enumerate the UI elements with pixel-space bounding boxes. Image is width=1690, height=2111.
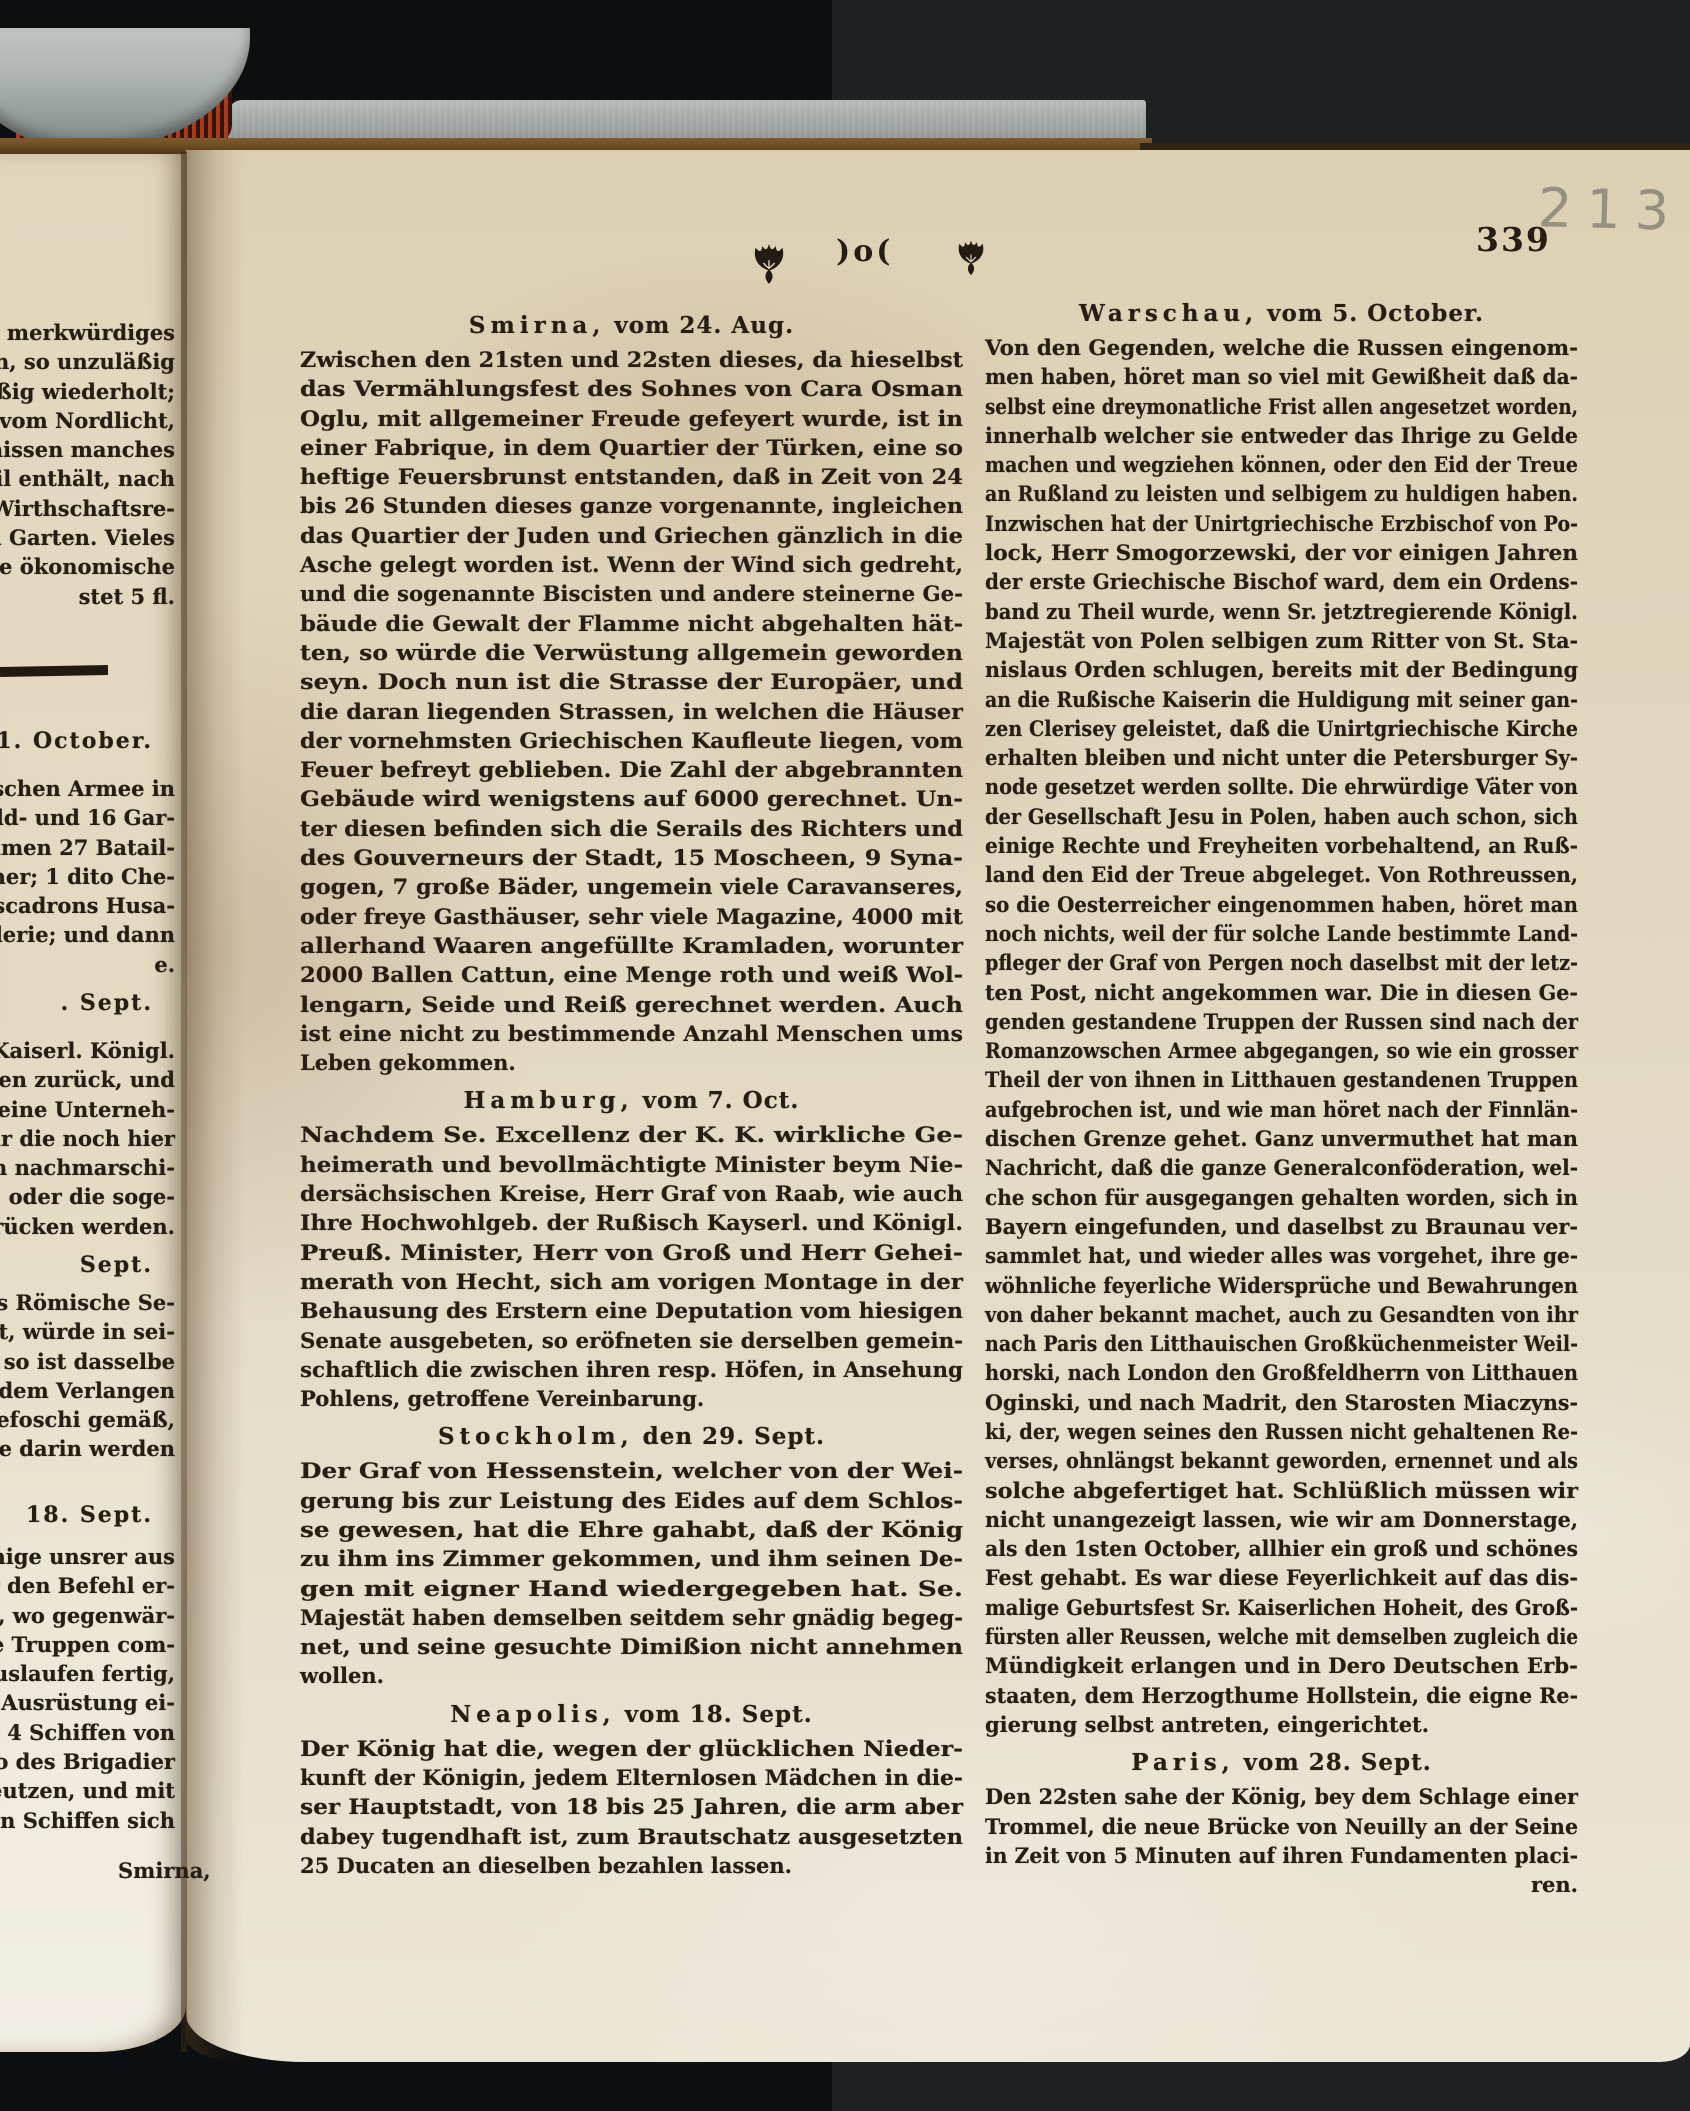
text-line: der vornehmsten Griechischen Kaufleute l… [300,726,963,755]
text-line: ten, so würde die Verwüstung allgemein g… [300,638,963,667]
text-line: Majestät haben demselben seitdem sehr gn… [300,1603,963,1632]
text-line: dischen Grenze gehet. Ganz unvermuthet h… [985,1124,1578,1153]
text-line: dersächsischen Kreise, Herr Graf von Raa… [300,1179,963,1208]
text-line: das Römische Se- [0,1288,175,1317]
text-line: gogen, 7 große Bäder, ungemein viele Car… [300,872,963,901]
text-line: Nachdem Se. Excellenz der K. K. wirklich… [300,1120,963,1149]
text-line: zen Clerisey geleistet, daß die Unirtgri… [985,714,1578,743]
text-line: men haben, höret man so viel mit Gewißhe… [985,362,1578,391]
text-line: ist eine nicht zu bestimmende Anzahl Men… [300,1019,963,1048]
text-line: e Theil enthält, nach [0,464,175,493]
text-line: 25 Ducaten an dieselben bezahlen lassen. [300,1851,963,1880]
text-line: noch nichts, weil der für solche Lande b… [985,919,1578,948]
news-section: Paris, vom 28. Sept.Den 22sten sahe der … [985,1747,1578,1870]
text-line: nicht unangezeigt lassen, wie wir am Don… [985,1505,1578,1534]
text-line: schaftlich die zwischen ihren resp. Höfe… [300,1355,963,1384]
text-line: goner; 1 dito Che- [0,862,175,891]
text-line: einer Fabrique, in dem Quartier der Türk… [300,433,963,462]
text-line: nach Paris den Litthauischen Großküchenm… [985,1329,1578,1358]
text-line: e. [0,950,175,979]
text-line: Fest gehabt. Es war diese Feyerlichkeit … [985,1563,1578,1592]
news-section: Smirna, vom 24. Aug.Zwischen den 21sten … [300,310,963,1077]
text-line: Behausung des Erstern eine Deputation vo… [300,1296,963,1325]
text-line: n die Wirthschaftsre- [0,494,175,523]
fragment-text-block: rreichschen Armee in10 Feld- und 16 Gar-… [0,774,175,979]
text-line: lengarn, Seide und Reiß gerechnet werden… [300,990,963,1019]
shell-ornament-icon [954,238,988,276]
text-line: Den 22sten sahe der König, bey dem Schla… [985,1782,1578,1811]
text-line: ten Post, nicht angekommen war. Die in d… [985,978,1578,1007]
text-line: selbst eine dreymonatliche Frist allen a… [985,392,1578,421]
text-line: Asche gelegt worden ist. Wenn der Wind s… [300,550,963,579]
text-line: fürsten aller Reussen, welche mit demsel… [985,1622,1578,1651]
fragment-text-block: das Römische Se-hört, würde in sei-en, s… [0,1288,175,1464]
text-line: aufgebrochen ist, und wie man höret nach… [985,1095,1578,1124]
text-line: rd an Ausrüstung ei- [0,1688,175,1717]
section-heading: Paris, vom 28. Sept. [985,1747,1578,1779]
text-line: sternissen manches [0,435,175,464]
text-line: Oginski, und nach Madrit, den Starosten … [985,1388,1578,1417]
catchword: Smirna, [118,1858,211,1883]
text-line: Ihre Hochwohlgeb. der Rußisch Kayserl. u… [300,1208,963,1237]
text-line: 4 Escadrons Husa- [0,891,175,920]
text-line: 2000 Ballen Cattun, eine Menge roth und … [300,960,963,989]
text-line: en Kaiserl. Königl. [0,1036,175,1065]
text-line: horski, nach London den Großfeldherrn vo… [985,1358,1578,1387]
text-line: ki, der, wegen seines den Russen nicht g… [985,1417,1578,1446]
text-line: neuere ökonomische [0,552,175,581]
text-line: Nachricht, daß die ganze Generalconföder… [985,1153,1578,1182]
gutter-fold-shadow [181,152,187,2052]
text-line: gerung bis zur Leistung des Eides auf de… [300,1486,963,1515]
text-line: s sollen nachmarschi- [0,1153,175,1182]
page-edge-line [1140,143,1690,150]
text-line: bis 26 Stunden dieses ganze vorgenannte,… [300,491,963,520]
text-line: Zwischen den 21sten und 22sten dieses, d… [300,345,963,374]
text-line: gierung selbst antreten, eingerichtet. [985,1710,1578,1739]
section-heading: Neapolis, vom 18. Sept. [300,1699,963,1731]
section-heading: Warschau, vom 5. October. [985,298,1578,330]
text-line: Mündigkeit erlangen und in Dero Deutsche… [985,1651,1578,1680]
text-line: net, und seine gesuchte Dimißion nicht a… [300,1632,963,1661]
text-line: stet 5 fl. [0,582,175,611]
text-line: der Gesellschaft Jesu in Polen, haben au… [985,802,1578,831]
news-section: Neapolis, vom 18. Sept.Der König hat die… [300,1699,963,1880]
fragment-text-block: erungen merkwürdigeszeigen, so unzuläßig… [0,318,175,611]
text-line: z. E. vom Nordlicht, [0,406,175,435]
text-line: Gebäude wird wenigstens auf 6000 gerechn… [300,784,963,813]
text-line: erhalten bleiben und nicht unter die Pet… [985,743,1578,772]
text-line: land den Eid der Treue abgeleget. Von Ro… [985,860,1578,889]
text-line: in Zeit von 5 Minuten auf ihren Fundamen… [985,1841,1578,1870]
left-fragment-column: erungen merkwürdigeszeigen, so unzuläßig… [0,0,179,2052]
text-line: pfleger der Graf von Pergen noch daselbs… [985,948,1578,977]
text-line: n einige unsrer aus [0,1542,175,1571]
text-line: in Garten. Vieles [0,523,175,552]
fragment-heading: . Sept. [61,990,153,1016]
text-line: Der König hat die, wegen der glücklichen… [300,1734,963,1763]
text-line: sammen 27 Batail- [0,833,175,862]
text-line: Leben gekommen. [300,1048,963,1077]
section-heading: Stockholm, den 29. Sept. [300,1421,963,1453]
text-line: Von den Gegenden, welche die Russen eing… [985,333,1578,362]
text-line: so die Oesterreicher eingenommen haben, … [985,890,1578,919]
text-line: die daran liegenden Strassen, in welchen… [300,697,963,726]
text-line: rreichschen Armee in [0,774,175,803]
header-divider: )o( [836,234,893,269]
text-line: Preuß. Minister, Herr von Groß und Herr … [300,1238,963,1267]
text-line: genden gestandene Truppen der Russen sin… [985,1007,1578,1036]
text-line: Theil der von ihnen in Litthauen gestand… [985,1065,1578,1094]
text-line: an die Rußische Kaiserin die Huldigung m… [985,685,1578,714]
text-line: heftige Feuersbrunst entstanden, daß in … [300,462,963,491]
text-line: oder freye Gasthäuser, sehr viele Magazi… [300,902,963,931]
text-line: wöhnliche feyerliche Widersprüche und Be… [985,1271,1578,1300]
text-line: an Rußland zu leisten und selbigem zu hu… [985,479,1578,508]
section-heading: Hamburg, vom 7. Oct. [300,1085,963,1117]
text-line: f. fleißig wiederholt; [0,377,175,406]
text-line: malige Geburtsfest Sr. Kaiserlichen Hohe… [985,1593,1578,1622]
fragment-heading: Sept. [80,1252,153,1278]
text-line: wollen. [300,1661,963,1690]
text-line: a sogar die noch hier [0,1124,175,1153]
section-heading: Smirna, vom 24. Aug. [300,310,963,342]
text-line: solche abgefertiget hat. Schlüßlich müss… [985,1476,1578,1505]
text-line: bäude die Gewalt der Flamme nicht abgeha… [300,609,963,638]
news-section: Hamburg, vom 7. Oct.Nachdem Se. Excellen… [300,1085,963,1413]
text-line: innerhalb welcher sie entweder das Ihrig… [985,421,1578,450]
text-line: als den 1sten October, allhier ein groß … [985,1534,1578,1563]
text-line: des Gouverneurs der Stadt, 15 Moscheen, … [300,843,963,872]
text-line: m Auslaufen fertig, [0,1659,175,1688]
text-line: scheint eine Unterneh- [0,1095,175,1124]
text-line: Marefoschi gemäß, [0,1405,175,1434]
text-line: Romanzowschen Armee abgegangen, so wie e… [985,1036,1578,1065]
text-line: staaten, dem Herzogthume Hollstein, die … [985,1681,1578,1710]
text-line: avallerie; und dann [0,920,175,949]
text-line: en, so ist dasselbe [0,1347,175,1376]
text-line: band zu Theil wurde, wenn Sr. jetztregie… [985,597,1578,626]
text-line: rstühle darin werden [0,1434,175,1463]
text-line: von daher bekannt machet, auch zu Gesand… [985,1300,1578,1329]
text-line: Majestät von Polen selbigen zum Ritter v… [985,626,1578,655]
text-line: sammlet hat, und wieder alles was vorgeh… [985,1241,1578,1270]
text-line: merath von Hecht, sich am vorigen Montag… [300,1267,963,1296]
text-line: einige Rechte und Freyheiten vorbehalten… [985,831,1578,860]
text-line: ser Hauptstadt, von 18 bis 25 Jahren, di… [300,1792,963,1821]
text-line: und die sogenannte Biscisten und andere … [300,579,963,608]
text-line: terie, oder die soge- [0,1182,175,1211]
text-line: seyn. Doch nun ist die Strasse der Europ… [300,667,963,696]
text-line: machen und wegziehen können, oder den Ei… [985,450,1578,479]
text-line: Pohlens, getroffene Vereinbarung. [300,1384,963,1413]
middle-news-column: Smirna, vom 24. Aug.Zwischen den 21sten … [300,302,963,1880]
text-line: ter diesen befinden sich die Serails des… [300,814,963,843]
text-line: heimerath und bevollmächtigte Minister b… [300,1150,963,1179]
text-line: se gewesen, hat die Ehre gahabt, daß der… [300,1515,963,1544]
text-line: hört, würde in sei- [0,1317,175,1346]
text-line: mit 4 Schiffen von [0,1718,175,1747]
text-line: enter den Befehl er- [0,1571,175,1600]
text-line: d kreutzen, und mit [0,1776,175,1805]
section-rule [0,665,108,677]
text-line: dabey tugendhaft ist, zum Brautschatz au… [300,1822,963,1851]
text-line: mnen Schiffen sich [0,1806,175,1835]
fragment-text-block: n einige unsrer ausenter den Befehl er-i… [0,1542,175,1835]
text-line: lock, Herr Smogorzewski, der vor einigen… [985,538,1578,567]
fragment-heading: 18. Sept. [26,1502,153,1528]
text-line: che schon für ausgegangen gehalten worde… [985,1183,1578,1212]
text-line: Oglu, mit allgemeiner Freude gefeyert wu… [300,404,963,433]
text-line: Der Graf von Hessenstein, welcher von de… [300,1456,963,1485]
text-line: Senate ausgebeten, so eröfneten sie ders… [300,1326,963,1355]
text-line: es, dem Verlangen [0,1376,175,1405]
text-line: zu ihm ins Zimmer gekommen, und ihm sein… [300,1544,963,1573]
text-line: zeigen, so unzuläßig [0,347,175,376]
news-section: Stockholm, den 29. Sept.Der Graf von Hes… [300,1421,963,1690]
text-line: nando des Brigadier [0,1747,175,1776]
text-line: allerhand Waaren angefüllte Kramladen, w… [300,931,963,960]
handwritten-folio-number: 213 [1537,176,1684,243]
catchword: ren. [985,1870,1578,1899]
text-line: verses, ohnlängst bekannt geworden, erne… [985,1446,1578,1475]
text-line: Trommel, die neue Brücke von Neuilly an … [985,1812,1578,1841]
text-line: der erste Griechische Bischof ward, dem … [985,567,1578,596]
text-line: erungen merkwürdiges [0,318,175,347]
shell-ornament-icon [750,241,788,285]
text-line: nislaus Orden schlugen, bereits mit der … [985,655,1578,684]
news-section: Warschau, vom 5. October.Von den Gegende… [985,298,1578,1739]
text-line: das Quartier der Juden und Griechen gänz… [300,521,963,550]
text-line: Feuer befreyt geblieben. Die Zahl der ab… [300,755,963,784]
text-line: unsre Truppen com- [0,1630,175,1659]
text-line: 10 Feld- und 16 Gar- [0,803,175,832]
fragment-heading: 1. October. [0,728,153,754]
text-line: node gesetzet werden sollte. Die ehrwürd… [985,772,1578,801]
text-line: rücken werden. [0,1212,175,1241]
text-line: Inzwischen hat der Unirtgriechische Erzb… [985,509,1578,538]
text-line: gen mit eigner Hand wiedergegeben hat. S… [300,1574,963,1603]
text-line: Mähren zurück, und [0,1065,175,1094]
right-news-column: Warschau, vom 5. October.Von den Gegende… [985,290,1578,1899]
text-line: das Vermählungsfest des Sohnes von Cara … [300,374,963,403]
fragment-text-block: en Kaiserl. Königl.Mähren zurück, undsch… [0,1036,175,1241]
text-line: kunft der Königin, jedem Elternlosen Mäd… [300,1763,963,1792]
text-line: iren, wo gegenwär- [0,1601,175,1630]
text-line: Bayern eingefunden, und daselbst zu Brau… [985,1212,1578,1241]
